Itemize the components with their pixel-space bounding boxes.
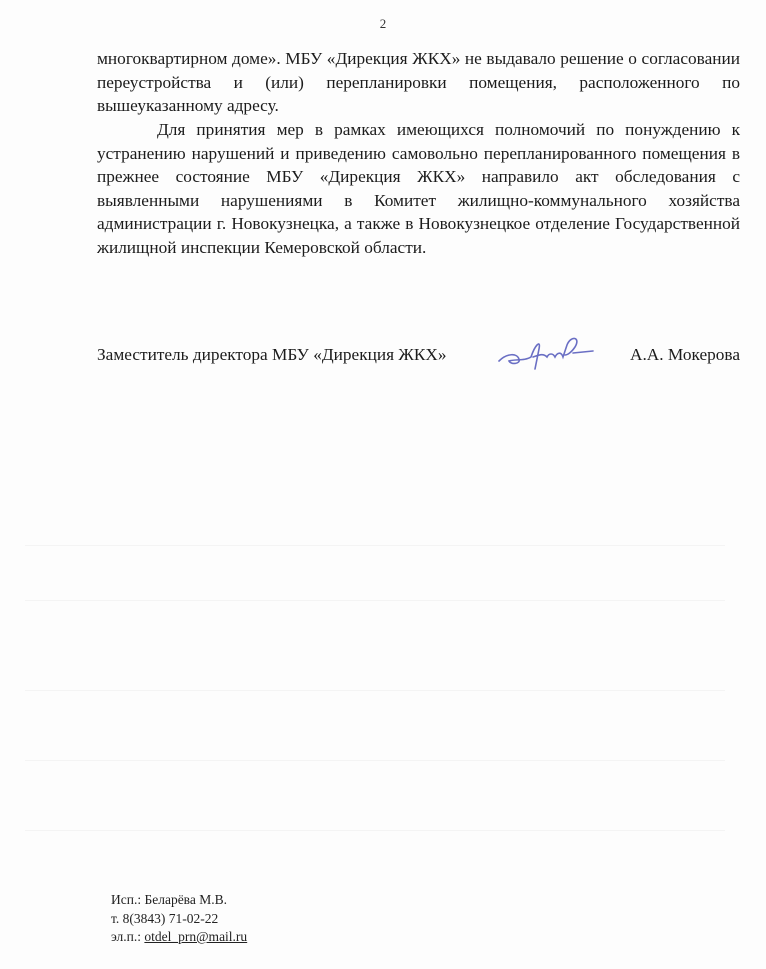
scan-bleed-line <box>25 545 725 546</box>
executor-name: Исп.: Беларёва М.В. <box>111 891 247 910</box>
executor-phone: т. 8(3843) 71-02-22 <box>111 910 247 929</box>
scan-bleed-line <box>25 600 725 601</box>
scan-bleed-line <box>25 760 725 761</box>
scan-bleed-line <box>25 690 725 691</box>
signatory-name: А.А. Мокерова <box>630 343 740 366</box>
email-label: эл.п.: <box>111 929 144 944</box>
paragraph-continuation: многоквартирном доме». МБУ «Дирекция ЖКХ… <box>97 47 740 118</box>
signatory-position: Заместитель директора МБУ «Дирекция ЖКХ» <box>97 343 447 366</box>
scan-bleed-line <box>25 830 725 831</box>
paragraph-measures: Для принятия мер в рамках имеющихся полн… <box>97 118 740 259</box>
executor-contacts: Исп.: Беларёва М.В. т. 8(3843) 71-02-22 … <box>111 891 247 947</box>
page-number: 2 <box>0 16 766 32</box>
executor-email-line: эл.п.: otdel_prn@mail.ru <box>111 928 247 947</box>
handwritten-signature-icon <box>495 331 595 379</box>
email-link[interactable]: otdel_prn@mail.ru <box>144 929 247 944</box>
